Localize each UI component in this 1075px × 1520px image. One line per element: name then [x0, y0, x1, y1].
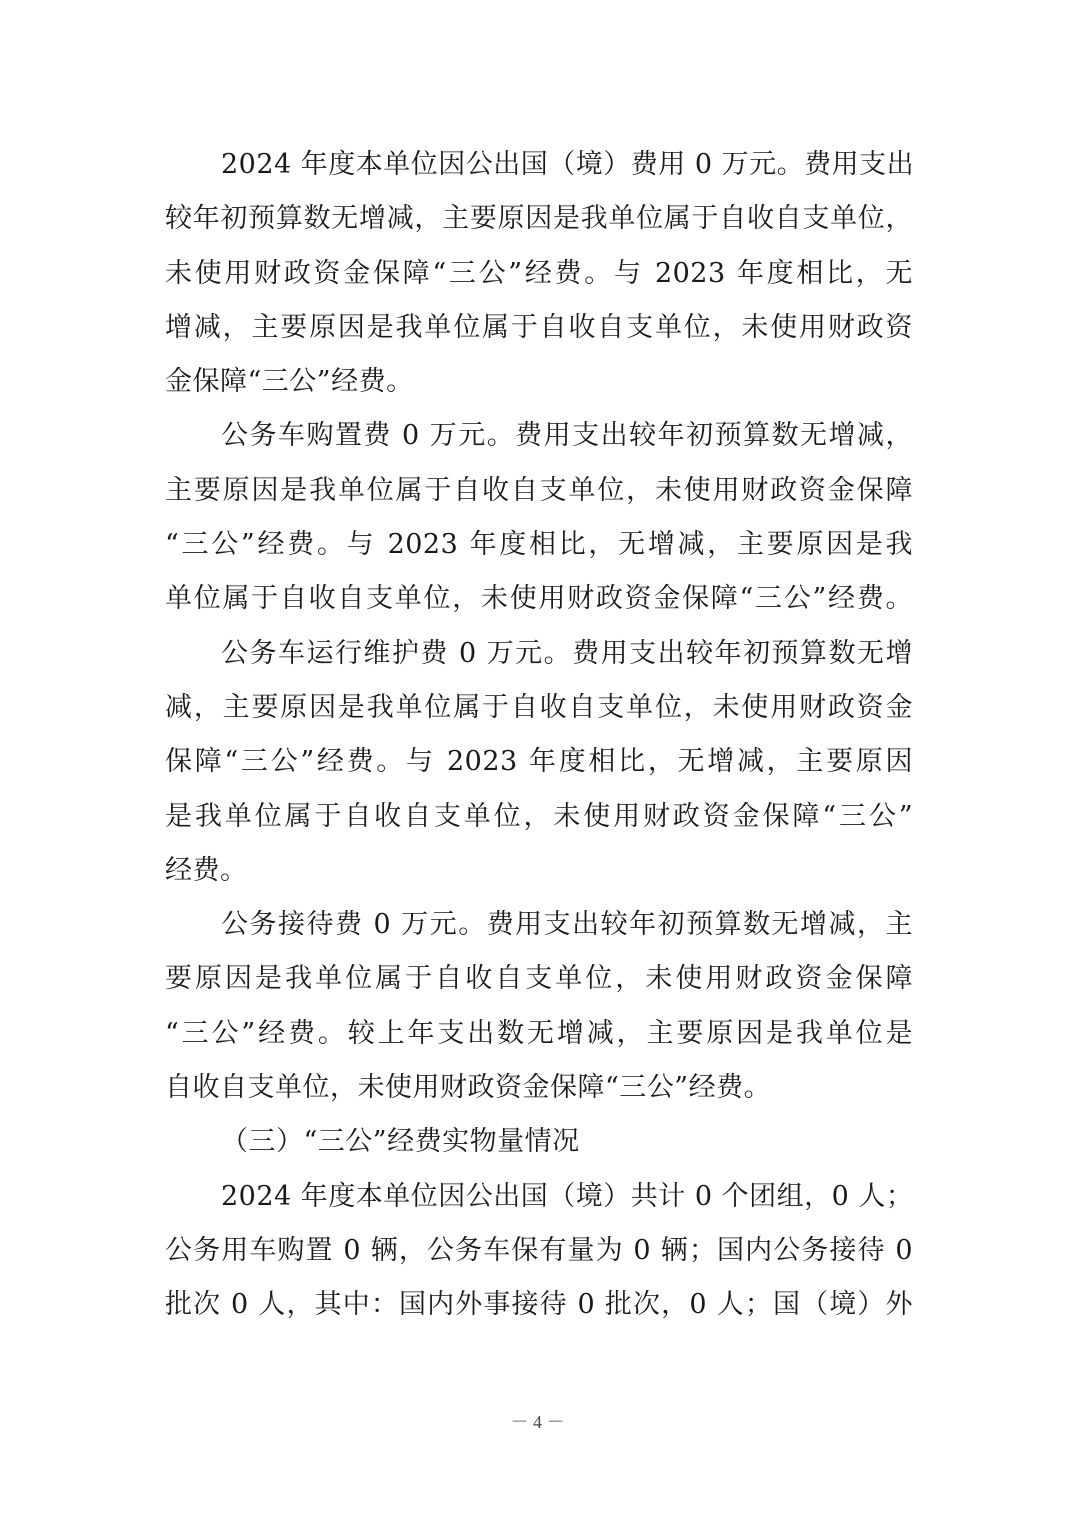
- text-line: 批次 0 人，其中：国内外事接待 0 批次，0 人；国（境）外: [165, 1278, 913, 1332]
- text-line: 较年初预算数无增减，主要原因是我单位属于自收自支单位，: [165, 192, 913, 246]
- section-heading: （三）“三公”经费实物量情况: [165, 1115, 913, 1169]
- text-line: 公务车购置费 0 万元。费用支出较年初预算数无增减，: [165, 409, 913, 463]
- text-line: 2024 年度本单位因公出国（境）共计 0 个团组，0 人；: [165, 1170, 913, 1224]
- text-line: 公务车运行维护费 0 万元。费用支出较年初预算数无增: [165, 627, 913, 681]
- text-line: 公务接待费 0 万元。费用支出较年初预算数无增减，主: [165, 898, 913, 952]
- paragraph-physical-quantity: 2024 年度本单位因公出国（境）共计 0 个团组，0 人； 公务用车购置 0 …: [165, 1170, 913, 1333]
- text-line: 公务用车购置 0 辆，公务车保有量为 0 辆；国内公务接待 0: [165, 1224, 913, 1278]
- text-line: 未使用财政资金保障“三公”经费。与 2023 年度相比，无: [165, 247, 913, 301]
- text-line: 主要原因是我单位属于自收自支单位，未使用财政资金保障: [165, 464, 913, 518]
- text-line: 金保障“三公”经费。: [165, 355, 913, 409]
- text-line: 自收自支单位，未使用财政资金保障“三公”经费。: [165, 1061, 913, 1115]
- section-heading-text: （三）“三公”经费实物量情况: [165, 1115, 913, 1169]
- text-line: “三公”经费。较上年支出数无增减，主要原因是我单位是: [165, 1007, 913, 1061]
- paragraph-vehicle-purchase-cost: 公务车购置费 0 万元。费用支出较年初预算数无增减， 主要原因是我单位属于自收自…: [165, 409, 913, 626]
- text-line: 是我单位属于自收自支单位，未使用财政资金保障“三公”: [165, 790, 913, 844]
- paragraph-reception-cost: 公务接待费 0 万元。费用支出较年初预算数无增减，主 要原因是我单位属于自收自支…: [165, 898, 913, 1115]
- text-line: 减，主要原因是我单位属于自收自支单位，未使用财政资金: [165, 681, 913, 735]
- page-number: － 4 －: [0, 1408, 1075, 1434]
- paragraph-vehicle-maintenance-cost: 公务车运行维护费 0 万元。费用支出较年初预算数无增 减，主要原因是我单位属于自…: [165, 627, 913, 898]
- document-page: 2024 年度本单位因公出国（境）费用 0 万元。费用支出 较年初预算数无增减，…: [0, 0, 1075, 1520]
- text-line: 要原因是我单位属于自收自支单位，未使用财政资金保障: [165, 952, 913, 1006]
- text-line: “三公”经费。与 2023 年度相比，无增减，主要原因是我: [165, 518, 913, 572]
- text-line: 经费。: [165, 844, 913, 898]
- text-line: 保障“三公”经费。与 2023 年度相比，无增减，主要原因: [165, 735, 913, 789]
- text-line: 2024 年度本单位因公出国（境）费用 0 万元。费用支出: [165, 138, 913, 192]
- text-line: 增减，主要原因是我单位属于自收自支单位，未使用财政资: [165, 301, 913, 355]
- document-body: 2024 年度本单位因公出国（境）费用 0 万元。费用支出 较年初预算数无增减，…: [165, 138, 913, 1333]
- paragraph-overseas-travel-cost: 2024 年度本单位因公出国（境）费用 0 万元。费用支出 较年初预算数无增减，…: [165, 138, 913, 409]
- text-line: 单位属于自收自支单位，未使用财政资金保障“三公”经费。: [165, 572, 913, 626]
